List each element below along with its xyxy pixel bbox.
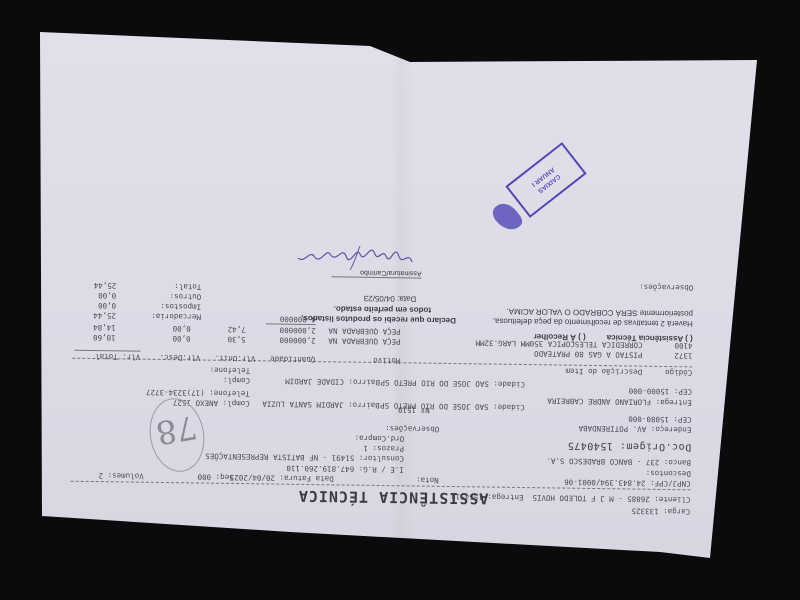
entrega-name: Entrega: FLORIANO ANDRE CABREIRA: [547, 396, 692, 407]
cidade-2: Cidade: SAO JOSE DO RIO PRETO SP: [380, 378, 525, 389]
cell-codigo: 1372: [674, 351, 692, 360]
volumes: Volumes: 2: [98, 471, 143, 481]
telefone-1: Telefone: (17)3234-3727: [146, 388, 250, 398]
telefone-2: Telefone:: [209, 366, 250, 376]
col-quantidade: Quantidade: [270, 354, 315, 364]
cell-quantidade: 2,000000: [279, 336, 315, 346]
handwritten-number: 78: [153, 408, 200, 452]
cliente: Cliente: 26885 - M J F TOLEDO HOVIS: [532, 493, 690, 504]
seq: Seq: 000: [198, 472, 234, 482]
total-value: 25,44: [94, 281, 117, 290]
cell-motivo: PEÇA QUEBRADA NA: [328, 336, 400, 346]
cell-vlr-unit: 7,42: [228, 325, 246, 334]
banco: Banco: 237 - BANCO BRADESCO S.A.: [546, 456, 691, 467]
cell-vlr-desc: 0,00: [173, 334, 191, 343]
assistencia-tecnica-document: Carga: 133325 ASSISTÊNCIA TÉCNICA Client…: [58, 246, 702, 525]
impostos-label: Impostos:: [160, 302, 201, 312]
carga: Carga: 133325: [631, 507, 690, 517]
observacoes-top: Observações:: [385, 424, 439, 434]
outros-label: Outros:: [170, 292, 202, 301]
declaration-line2: todos em perfeito estado.: [334, 304, 431, 314]
notice-line1: Haverá 2 tentativas de recolhimento da p…: [493, 317, 693, 329]
total-label: Total:: [174, 282, 201, 291]
cell-motivo: PEÇA QUEBRADA NA: [328, 326, 400, 336]
declaration-line1: Declaro que recebi os produtos listados,: [301, 314, 456, 325]
nota: Nota:: [416, 476, 439, 485]
cell-vlr-desc: 0,00: [173, 324, 191, 333]
mercadoria-value: 25,44: [93, 311, 116, 320]
declaration-date: Data: 04/05/23: [364, 294, 417, 304]
signature-scribble: [290, 242, 420, 272]
cell-vlr-total: 14,84: [93, 323, 116, 332]
observacoes-bottom: Observações:: [639, 283, 693, 293]
col-vlr-unit: Vlr.Unit.: [215, 354, 256, 364]
col-vlr-total: Vlr. Total: [95, 352, 140, 362]
ord-compra: Ord.Compra:: [355, 434, 405, 444]
company-stamp: ANUAR I CAIXIAS: [488, 150, 598, 240]
data-fatura: Data Fatura: 20/04/2023: [230, 473, 334, 483]
cell-vlr-unit: 5,30: [227, 335, 245, 344]
endereco: Endereço: AV. POTIRENDABA: [578, 424, 691, 435]
entrega-number: Entrega: 1554513: [451, 492, 523, 502]
assistencia-checkbox: ( ) Assistência Técnica: [607, 333, 693, 343]
bairro-2: Bairro: CIDADE JARDIM: [285, 377, 380, 387]
prazos: Prazos: 1: [363, 444, 404, 454]
col-motivo: Motivo: [373, 356, 400, 365]
doc-origem: Doc.Origem: 1540475: [567, 440, 691, 453]
ie-rg: I.E / R.G: 647.819.260.110: [286, 464, 404, 475]
stamp-box: ANUAR I CAIXIAS: [505, 142, 586, 218]
bairro-1: Bairro: JARDIM SANTA LUZIA: [262, 399, 380, 410]
cnpj: CNPJ/CPF: 24.843.394/0001-06: [564, 478, 691, 489]
cell-vlr-total: 10,60: [93, 333, 116, 342]
compl-2: Compl:: [223, 376, 250, 385]
cell-descricao: PISTAO A GAS 80 PRATEADO: [534, 349, 642, 360]
cep-2: CEP: 15000-000: [629, 386, 692, 396]
consultor: Consultor: 51491 - NF BATISTA REPRESENTA…: [205, 452, 404, 464]
signature-line: [331, 276, 421, 278]
col-codigo: Código: [665, 368, 692, 377]
recolher-checkbox: ( ) À Recolher: [534, 332, 586, 342]
col-vlr-desc: Vlr.Desc.: [160, 353, 201, 363]
cell-quantidade: 2,000000: [280, 326, 316, 336]
impostos-value: 0,00: [98, 301, 116, 310]
col-descricao: Descrição do Item: [565, 367, 642, 377]
cep-1: CEP: 15080-000: [628, 414, 691, 424]
mercadoria-label: Mercadoria:: [151, 312, 201, 322]
outros-value: 0,00: [98, 291, 116, 300]
descontos: Descontos:: [646, 469, 691, 479]
